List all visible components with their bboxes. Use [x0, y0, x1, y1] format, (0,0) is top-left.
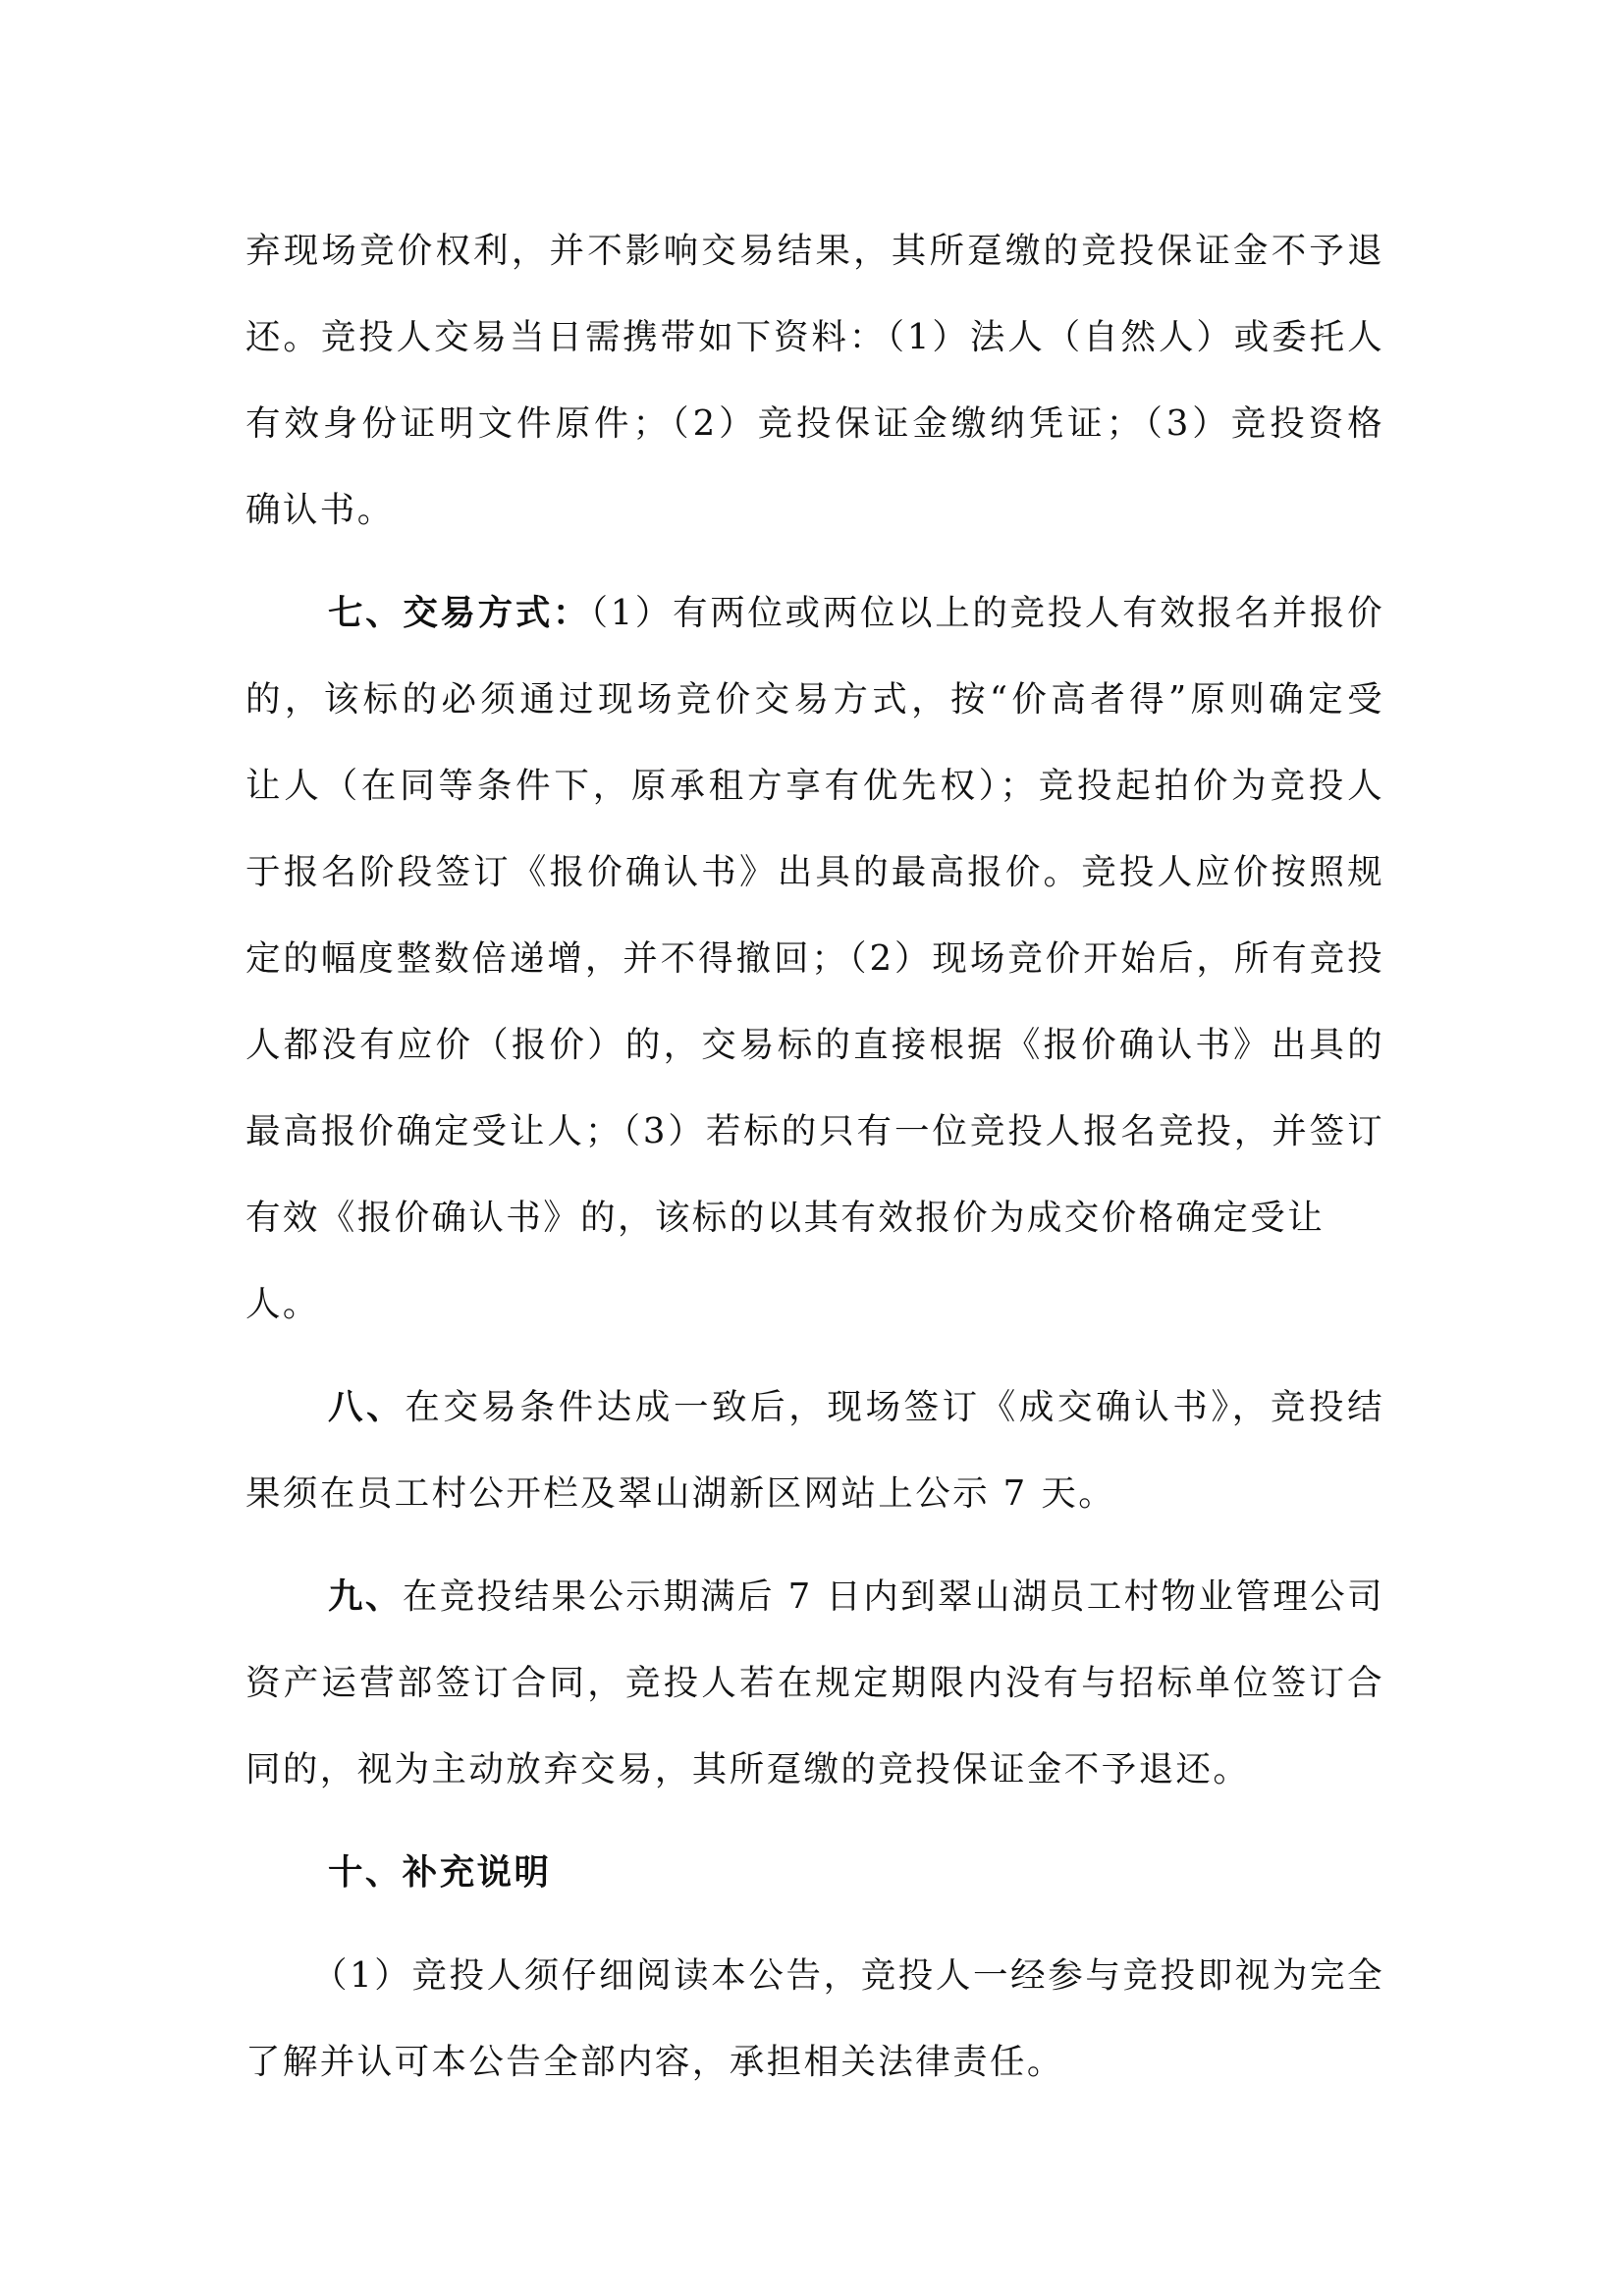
section-9-contract: 九、在竞投结果公示期满后 7 日内到翠山湖员工村物业管理公司 资产运营部签订合同…	[245, 1554, 1384, 1813]
text-line: 有效《报价确认书》的，该标的以其有效报价为成交价格确定受让	[245, 1175, 1384, 1261]
section-7-trading-method: 七、交易方式：（1）有两位或两位以上的竞投人有效报名并报价 的，该标的必须通过现…	[245, 570, 1384, 1348]
document-page: 弃现场竞价权利，并不影响交易结果，其所趸缴的竞投保证金不予退 还。竞投人交易当日…	[245, 208, 1384, 2106]
text-line: 的，该标的必须通过现场竞价交易方式，按“价高者得”原则确定受	[245, 657, 1384, 743]
text-line: 七、交易方式：（1）有两位或两位以上的竞投人有效报名并报价	[245, 570, 1384, 657]
section-10-supplementary: 十、补充说明	[245, 1830, 1384, 1916]
text-line: 弃现场竞价权利，并不影响交易结果，其所趸缴的竞投保证金不予退	[245, 208, 1384, 294]
text-line: 让人（在同等条件下，原承租方享有优先权）；竞投起拍价为竞投人	[245, 743, 1384, 829]
text-line: 果须在员工村公开栏及翠山湖新区网站上公示 7 天。	[245, 1451, 1384, 1537]
text-line: 了解并认可本公告全部内容，承担相关法律责任。	[245, 2019, 1384, 2106]
text-line: 人。	[245, 1261, 1384, 1348]
section-heading: 十、补充说明	[245, 1830, 1384, 1916]
section-heading: 九、	[328, 1576, 403, 1617]
text-line: 定的幅度整数倍递增，并不得撤回；（2）现场竞价开始后，所有竞投	[245, 916, 1384, 1002]
text-line: 于报名阶段签订《报价确认书》出具的最高报价。竞投人应价按照规	[245, 829, 1384, 916]
section-10-item-1: （1）竞投人须仔细阅读本公告，竞投人一经参与竞投即视为完全 了解并认可本公告全部…	[245, 1933, 1384, 2106]
text-fragment: （1）有两位或两位以上的竞投人有效报名并报价	[590, 593, 1384, 633]
text-line: 同的，视为主动放弃交易，其所趸缴的竞投保证金不予退还。	[245, 1727, 1384, 1813]
section-heading: 七、交易方式：	[328, 593, 590, 633]
section-8-confirmation: 八、在交易条件达成一致后，现场签订《成交确认书》，竞投结 果须在员工村公开栏及翠…	[245, 1364, 1384, 1537]
text-line: 确认书。	[245, 467, 1384, 554]
text-line: 有效身份证明文件原件；（2）竞投保证金缴纳凭证；（3）竞投资格	[245, 381, 1384, 467]
text-fragment: 在交易条件达成一致后，现场签订《成交确认书》，竞投结	[405, 1387, 1384, 1427]
section-heading: 八、	[328, 1387, 405, 1427]
paragraph-continuation: 弃现场竞价权利，并不影响交易结果，其所趸缴的竞投保证金不予退 还。竞投人交易当日…	[245, 208, 1384, 554]
text-line: （1）竞投人须仔细阅读本公告，竞投人一经参与竞投即视为完全	[245, 1933, 1384, 2019]
text-line: 资产运营部签订合同，竞投人若在规定期限内没有与招标单位签订合	[245, 1640, 1384, 1727]
text-line: 八、在交易条件达成一致后，现场签订《成交确认书》，竞投结	[245, 1364, 1384, 1451]
text-line: 九、在竞投结果公示期满后 7 日内到翠山湖员工村物业管理公司	[245, 1554, 1384, 1640]
text-line: 人都没有应价（报价）的，交易标的直接根据《报价确认书》出具的	[245, 1002, 1384, 1089]
text-line: 还。竞投人交易当日需携带如下资料：（1）法人（自然人）或委托人	[245, 294, 1384, 381]
text-fragment: 在竞投结果公示期满后 7 日内到翠山湖员工村物业管理公司	[403, 1576, 1384, 1617]
text-line: 最高报价确定受让人；（3）若标的只有一位竞投人报名竞投，并签订	[245, 1089, 1384, 1175]
